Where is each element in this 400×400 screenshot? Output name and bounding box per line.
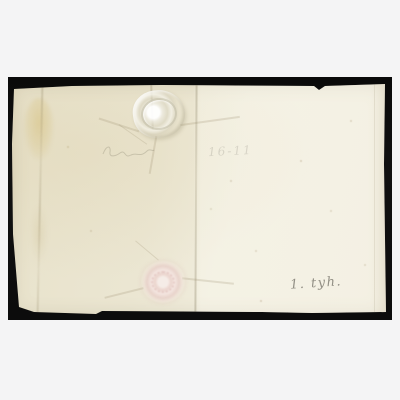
photo-background: 16-11 1. tyh.	[0, 0, 400, 400]
wax-seal-crease-ray	[135, 240, 159, 260]
seal-crease-ray	[180, 116, 240, 126]
pencil-note-corner: 1. tyh.	[290, 274, 343, 293]
wax-seal-crease-ray	[104, 287, 143, 298]
photo-mat: 16-11 1. tyh.	[8, 77, 392, 320]
foxing-specks	[12, 84, 14, 86]
embossed-seal	[130, 87, 188, 142]
wax-seal	[141, 261, 185, 303]
right-flap-edge	[374, 84, 375, 315]
wax-seal-rosette	[151, 271, 175, 293]
wax-seal-crease-ray	[182, 277, 234, 284]
water-stain	[24, 98, 54, 160]
faint-handwriting-mark	[100, 140, 156, 166]
embossed-seal-ring	[139, 96, 179, 133]
folded-letter-paper: 16-11 1. tyh.	[12, 84, 386, 315]
pencil-note-center: 16-11	[208, 143, 253, 159]
